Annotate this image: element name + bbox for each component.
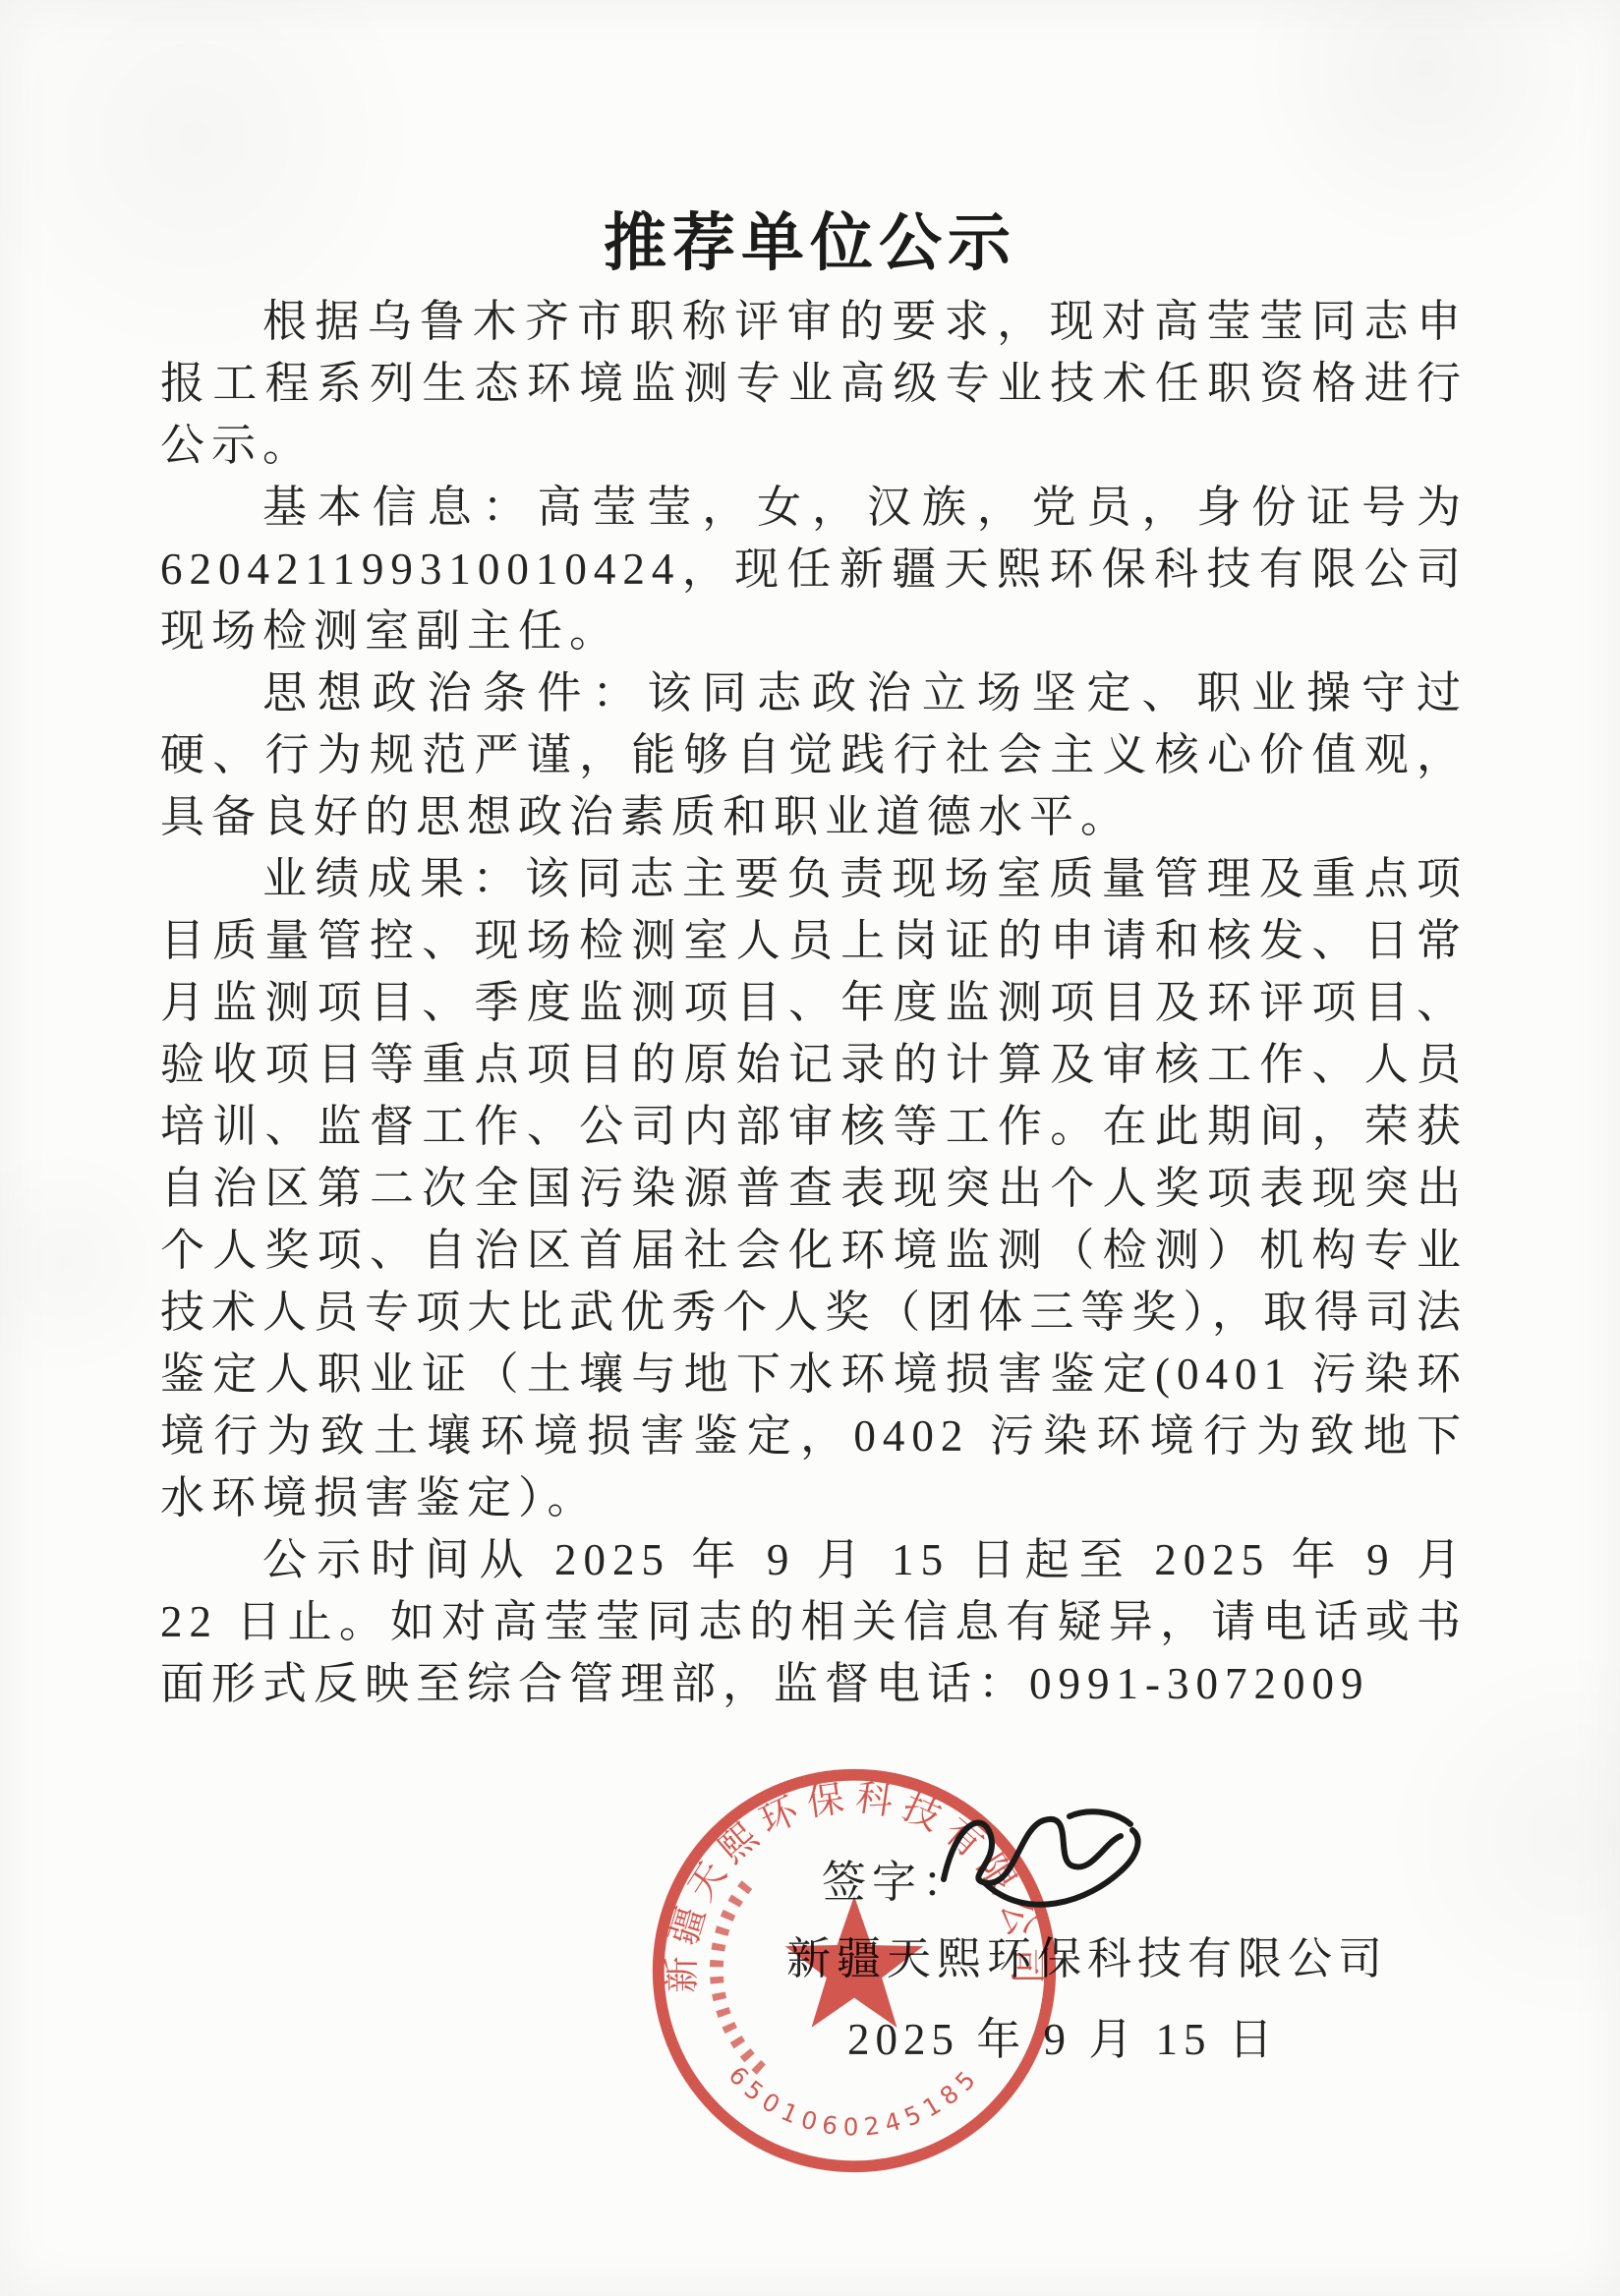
document-title: 推荐单位公示 xyxy=(0,193,1620,283)
handwritten-signature xyxy=(922,1781,1178,1928)
paragraph-notice-period: 公示时间从 2025 年 9 月 15 日起至 2025 年 9 月 22 日止… xyxy=(160,1529,1468,1715)
seal-star-icon xyxy=(785,1896,924,2028)
document-page: 推荐单位公示 根据乌鲁木齐市职称评审的要求，现对高莹莹同志申报工程系列生态环境监… xyxy=(0,0,1620,2296)
seal-number-arc: 6501060245185 xyxy=(723,2061,985,2142)
document-body: 根据乌鲁木齐市职称评审的要求，现对高莹莹同志申报工程系列生态环境监测专业高级专业… xyxy=(160,291,1468,1715)
paragraph-achievements: 业绩成果：该同志主要负责现场室质量管理及重点项目质量管控、现场检测室人员上岗证的… xyxy=(160,848,1468,1529)
paragraph-intro: 根据乌鲁木齐市职称评审的要求，现对高莹莹同志申报工程系列生态环境监测专业高级专业… xyxy=(160,291,1468,477)
seal-uyghur-text xyxy=(717,1877,761,2069)
paragraph-basic-info: 基本信息：高莹莹，女，汉族，党员，身份证号为620421199310010424… xyxy=(160,477,1468,662)
paragraph-political: 思想政治条件：该同志政治立场坚定、职业操守过硬、行为规范严谨，能够自觉践行社会主… xyxy=(160,662,1468,848)
